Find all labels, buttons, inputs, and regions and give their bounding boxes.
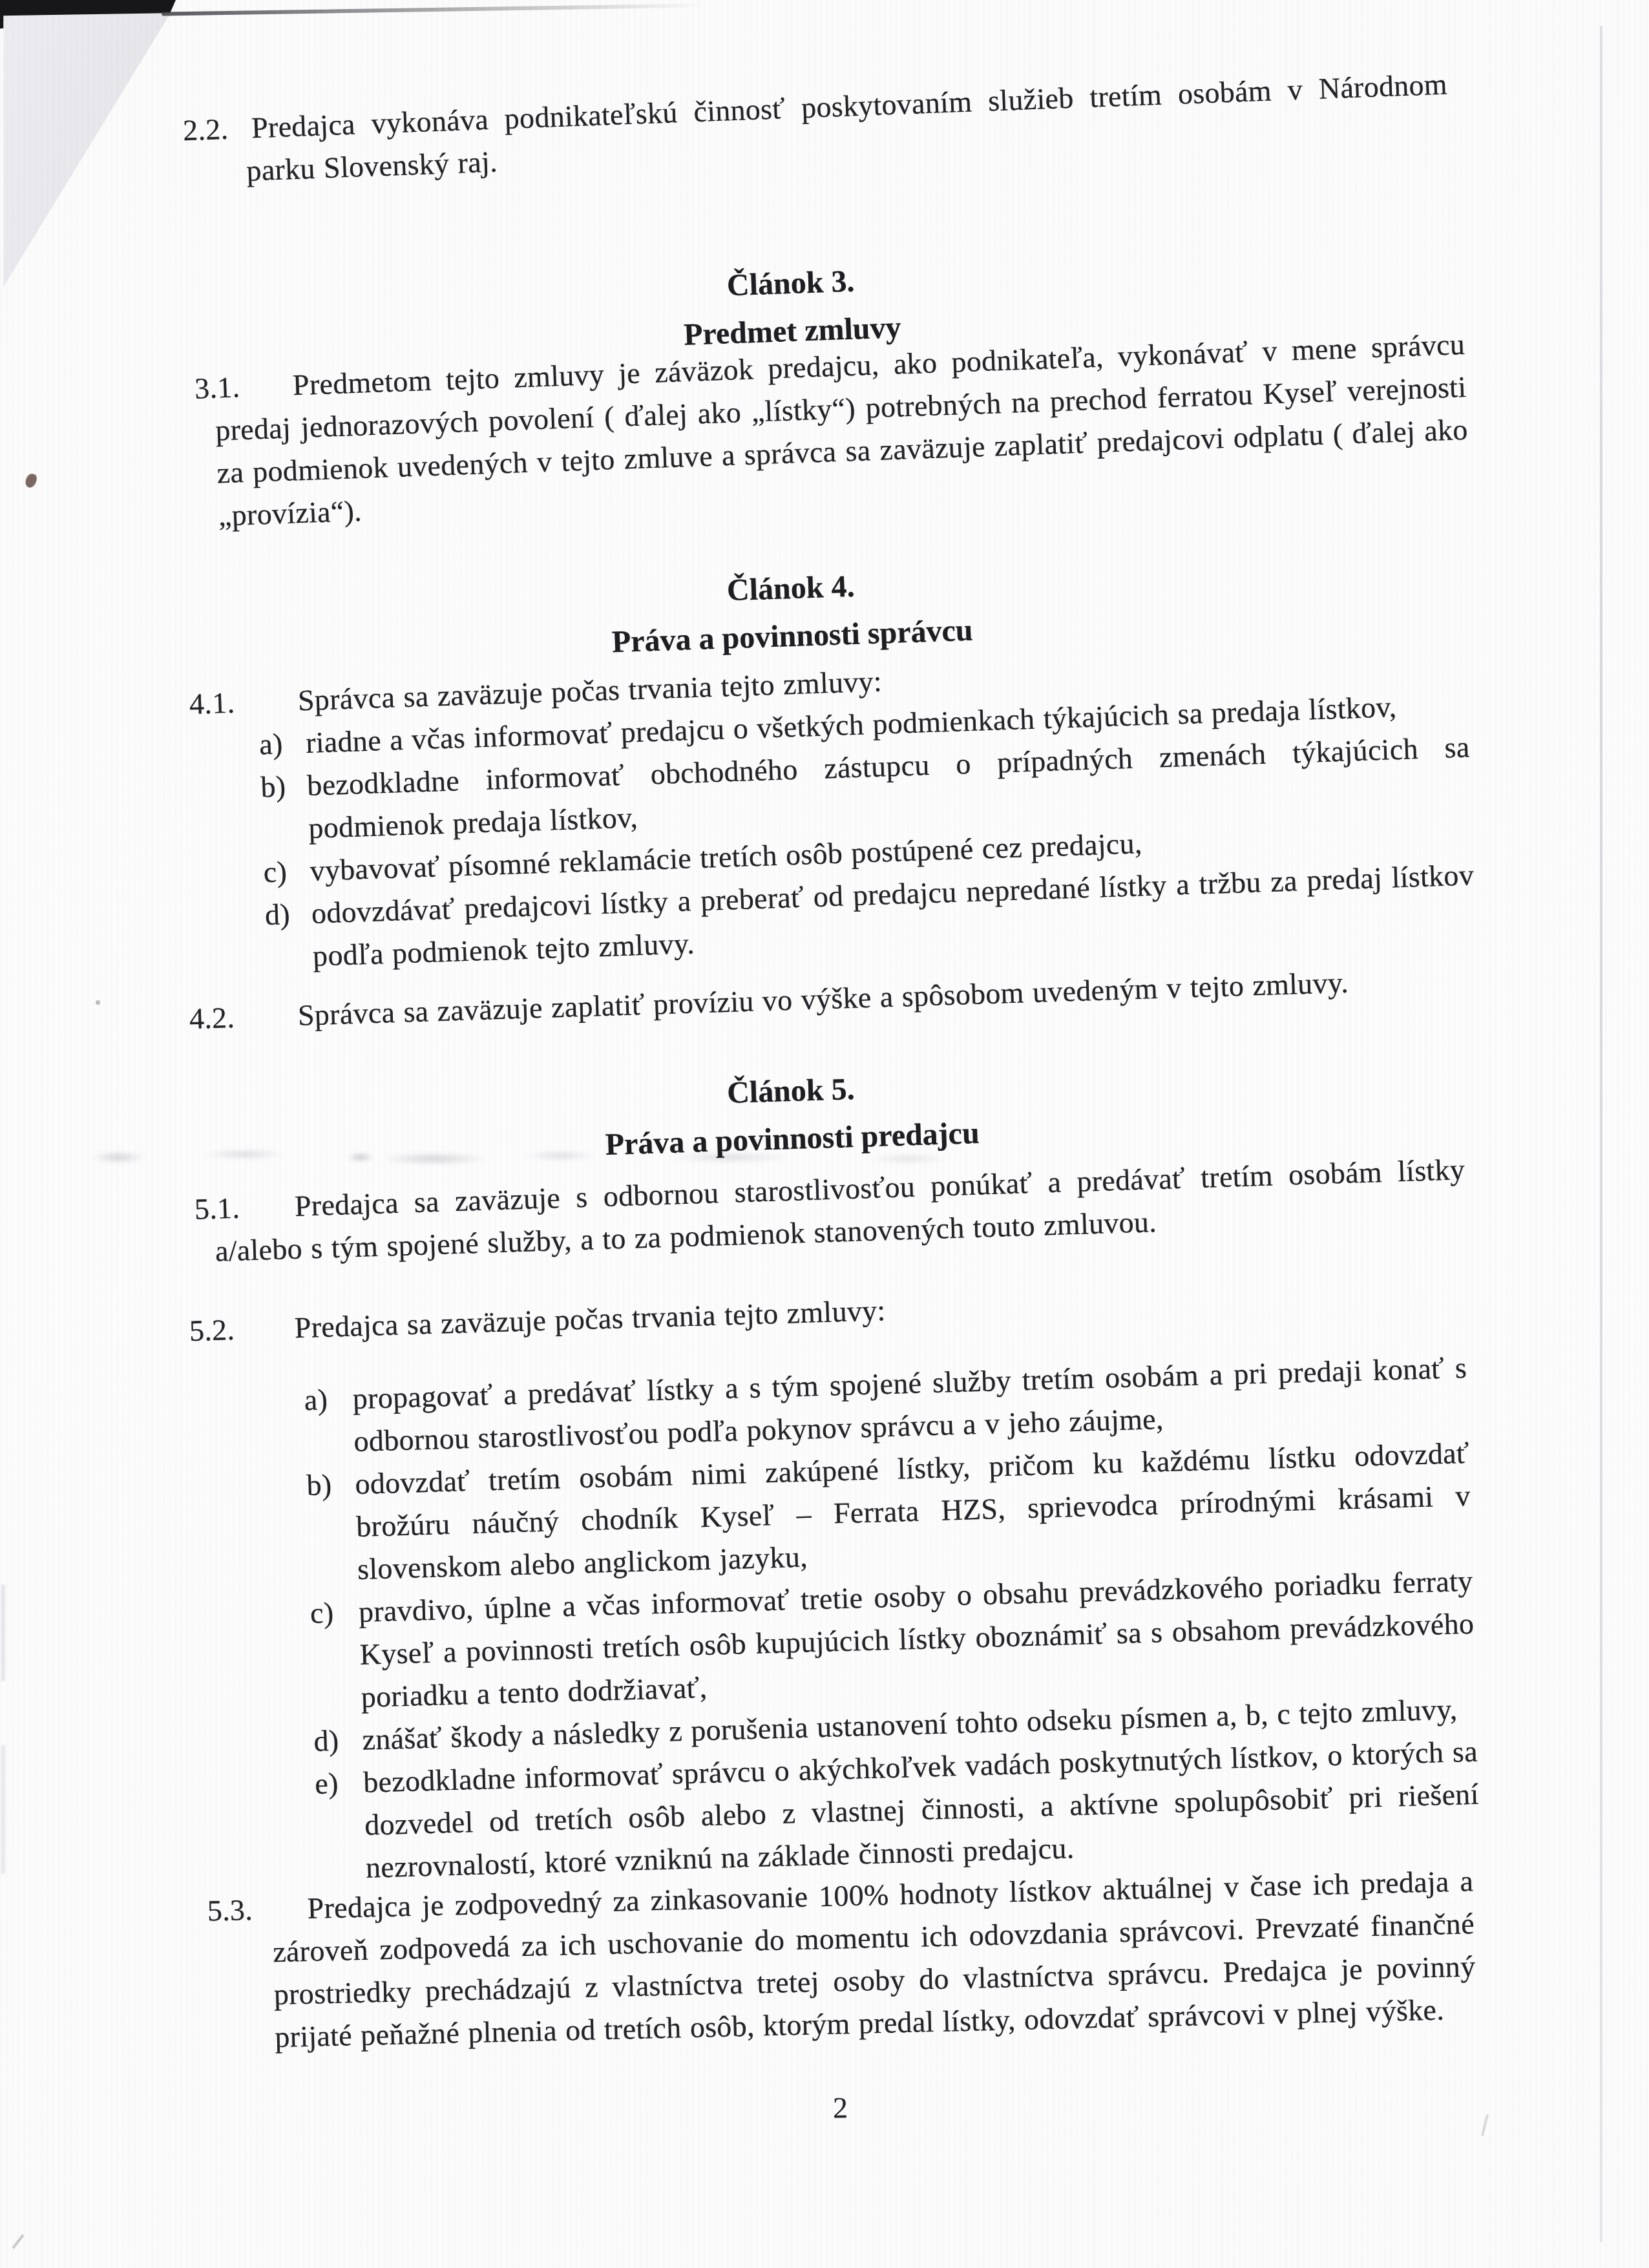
page-number-container: 2 [808, 2090, 873, 2125]
list-letter: a) [304, 1378, 328, 1422]
clause-5-2: 5.2. Predajca sa zaväzuje počas trvania … [169, 1272, 1467, 1353]
clause-number: 2.2. [182, 108, 229, 152]
page-right-edge-line [1600, 26, 1602, 2242]
stray-dot-artifact [96, 1000, 100, 1005]
bottom-right-mark [1481, 2114, 1489, 2136]
list-letter: b) [306, 1464, 333, 1507]
clause-number: 4.1. [189, 682, 235, 726]
scan-top-edge-line [162, 3, 704, 16]
list-letter: e) [315, 1762, 339, 1805]
clause-number: 5.2. [189, 1308, 235, 1352]
list-letter: c) [310, 1591, 334, 1635]
clause-number: 4.2. [189, 996, 235, 1040]
clause-number: 3.1. [194, 366, 240, 410]
left-edge-streak [1, 1745, 5, 1874]
clause-5-2-list: a) propagovať a predávať lístky a s tým … [169, 1347, 1480, 1895]
list-letter: b) [260, 765, 286, 808]
page-number: 2 [808, 2090, 873, 2125]
clause-5-3: 5.3. Predajca je zodpovedný za zinkasova… [194, 1860, 1477, 2061]
left-edge-streak [1, 1584, 5, 1681]
bottom-left-mark [12, 2234, 24, 2249]
clause-intro: Predajca sa zaväzuje počas trvania tejto… [169, 1272, 1467, 1353]
clause-text: Predajca vykonáva podnikateľskú činnosť … [169, 63, 1450, 195]
clause-4-1: 4.1. Správca sa zaväzuje počas trvania t… [169, 640, 1476, 982]
clause-number: 5.1. [194, 1187, 240, 1231]
list-letter: d) [313, 1719, 340, 1763]
list-letter: a) [258, 722, 284, 766]
clause-text: Predmetom tejto zmluvy je záväzok predaj… [169, 323, 1470, 539]
article-4-heading: Článok 4. Práva a povinnosti správcu [532, 556, 1051, 669]
list-letter: d) [264, 893, 291, 936]
clause-letter-list: a) riadne a včas informovať predajcu o v… [171, 683, 1476, 982]
page-corner-fold [0, 13, 171, 287]
list-letter: c) [263, 850, 288, 894]
clause-number: 5.3. [207, 1889, 253, 1933]
clause-text: Predajca je zodpovedný za zinkasovanie 1… [194, 1860, 1477, 2061]
clause-3-1: 3.1. Predmetom tejto zmluvy je záväzok p… [169, 323, 1470, 539]
ink-dot-artifact [24, 472, 38, 489]
clause-2-2: 2.2. Predajca vykonáva podnikateľskú čin… [169, 63, 1450, 195]
article-5-heading: Článok 5. Práva a povinnosti predajcu [532, 1059, 1051, 1171]
scanned-contract-page: 2.2. Predajca vykonáva podnikateľskú čin… [0, 0, 1649, 2268]
